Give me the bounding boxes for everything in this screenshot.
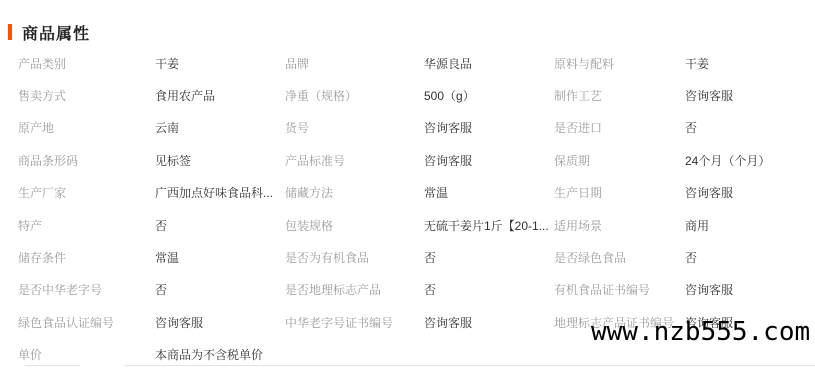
attr-label: 包装规格 <box>285 217 424 234</box>
attr-value: 否 <box>685 249 797 266</box>
attr-value: 常温 <box>155 249 285 266</box>
attr-label: 品牌 <box>285 55 424 72</box>
attr-label: 中华老字号证书编号 <box>285 314 424 331</box>
attr-value: 咨询客服 <box>685 281 797 298</box>
attr-value: 食用农产品 <box>155 87 285 104</box>
attr-label: 生产日期 <box>554 184 685 201</box>
attr-value: 咨询客服 <box>424 314 554 331</box>
attr-label: 产品标准号 <box>285 152 424 169</box>
attr-label: 绿色食品认证编号 <box>18 314 155 331</box>
attr-value: 否 <box>155 281 285 298</box>
attr-label: 原料与配料 <box>554 55 685 72</box>
attr-value: 否 <box>424 281 554 298</box>
attr-label: 单价 <box>18 346 155 363</box>
attr-value: 云南 <box>155 119 285 136</box>
attr-value: 否 <box>424 249 554 266</box>
attr-label: 有机食品证书编号 <box>554 281 685 298</box>
attr-value: 无硫干姜片1斤【20-1... <box>424 217 554 234</box>
attr-value: 干姜 <box>155 55 285 72</box>
attr-value: 华源良品 <box>424 55 554 72</box>
attr-label: 售卖方式 <box>18 87 155 104</box>
attr-label: 净重（规格） <box>285 87 424 104</box>
watermark: www.nzb555.com <box>591 318 810 347</box>
attr-value: 否 <box>155 217 285 234</box>
attr-label: 特产 <box>18 217 155 234</box>
attr-value: 咨询客服 <box>685 87 797 104</box>
attr-value: 干姜 <box>685 55 797 72</box>
attr-value: 否 <box>685 119 797 136</box>
attr-label: 保质期 <box>554 152 685 169</box>
attr-value: 咨询客服 <box>685 184 797 201</box>
attr-label: 生产厂家 <box>18 184 155 201</box>
product-attributes-panel: 商品属性 产品类别 干姜 品牌 华源良品 原料与配料 干姜 售卖方式 食用农产品… <box>0 0 815 369</box>
bottom-divider-left <box>25 365 80 366</box>
bottom-divider-right <box>125 365 815 366</box>
attr-value: 见标签 <box>155 152 285 169</box>
accent-bar-icon <box>8 24 12 40</box>
attr-value: 本商品为不含税单价 <box>155 346 285 363</box>
attr-label: 是否进口 <box>554 119 685 136</box>
attr-value: 咨询客服 <box>155 314 285 331</box>
attr-label: 储藏方法 <box>285 184 424 201</box>
attr-value: 商用 <box>685 217 797 234</box>
attr-value: 500（g） <box>424 87 554 104</box>
attr-label: 储存条件 <box>18 249 155 266</box>
attr-label: 原产地 <box>18 119 155 136</box>
section-header: 商品属性 <box>8 23 90 41</box>
attr-label: 商品条形码 <box>18 152 155 169</box>
attr-label: 适用场景 <box>554 217 685 234</box>
attr-label: 是否为有机食品 <box>285 249 424 266</box>
attr-value: 常温 <box>424 184 554 201</box>
attr-label: 是否中华老字号 <box>18 281 155 298</box>
attr-label: 是否绿色食品 <box>554 249 685 266</box>
attr-label: 产品类别 <box>18 55 155 72</box>
attr-value: 24个月（个月） <box>685 152 797 169</box>
attr-value: 咨询客服 <box>424 119 554 136</box>
section-title: 商品属性 <box>22 21 90 44</box>
attr-label: 是否地理标志产品 <box>285 281 424 298</box>
attr-label: 货号 <box>285 119 424 136</box>
attr-value: 咨询客服 <box>424 152 554 169</box>
attr-label: 制作工艺 <box>554 87 685 104</box>
attr-value: 广西加点好味食品科... <box>155 184 285 201</box>
